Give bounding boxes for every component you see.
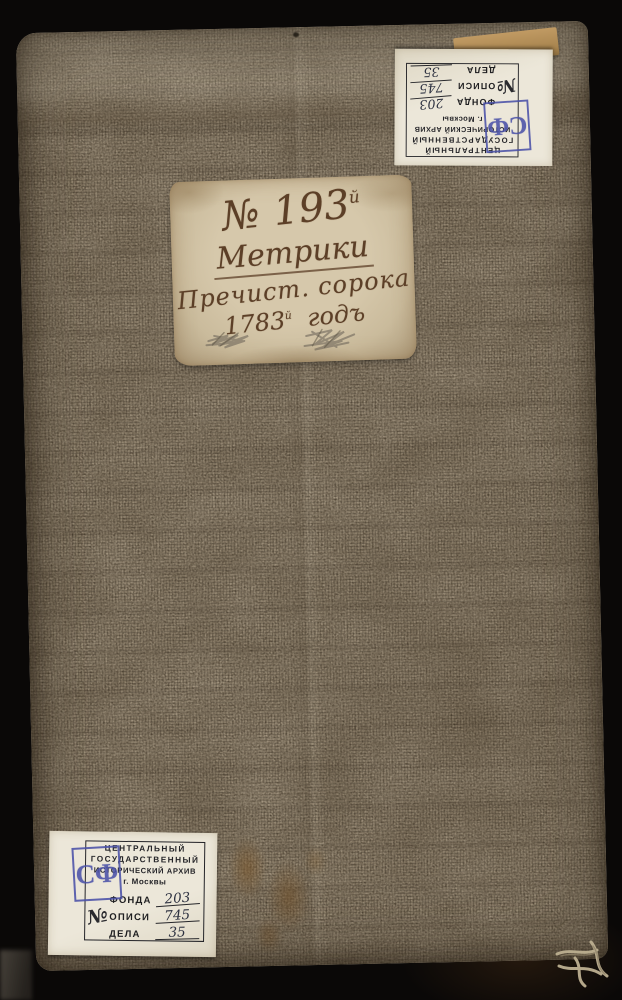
archive-label: ЦЕНТРАЛЬНЫЙ ГОСУДАРСТВЕННЫЙ ИСТОРИЧЕСКИЙ…: [394, 49, 552, 166]
opis-row: ОПИСИ 745: [410, 81, 496, 97]
delo-row: ДЕЛА 35: [410, 65, 496, 81]
archive-label: ЦЕНТРАЛЬНЫЙ ГОСУДАРСТВЕННЫЙ ИСТОРИЧЕСКИЙ…: [48, 831, 218, 957]
sf-stamp: СФ: [71, 845, 122, 902]
year-superscript: й: [284, 309, 292, 323]
opis-label: ОПИСИ: [452, 81, 495, 90]
book-cover: ЦЕНТРАЛЬНЫЙ ГОСУДАРСТВЕННЫЙ ИСТОРИЧЕСКИЙ…: [16, 21, 608, 971]
delo-row: ДЕЛА 35: [109, 922, 200, 940]
numero-sign: №: [495, 74, 518, 98]
opis-value: 745: [410, 80, 452, 94]
title-label: №193й Метрики Пречист. сорока 1783й годъ: [169, 175, 417, 367]
numero-prefix: №: [220, 191, 262, 241]
delo-value: 35: [411, 64, 453, 77]
number-superscript: й: [348, 186, 361, 207]
archive-label-bottom-left: ЦЕНТРАЛЬНЫЙ ГОСУДАРСТВЕННЫЙ ИСТОРИЧЕСКИЙ…: [48, 831, 218, 957]
archive-label-top-right: ЦЕНТРАЛЬНЫЙ ГОСУДАРСТВЕННЫЙ ИСТОРИЧЕСКИЙ…: [394, 49, 552, 166]
opis-label: ОПИСИ: [109, 912, 155, 922]
numero-sign: №: [85, 904, 110, 930]
fond-value: 203: [410, 95, 452, 110]
fond-value: 203: [155, 892, 200, 908]
opis-value: 745: [155, 909, 200, 924]
loose-threads: [545, 928, 622, 996]
delo-label: ДЕЛА: [452, 65, 495, 74]
sf-stamp: СФ: [483, 100, 531, 154]
pencil-scribbles: [194, 321, 395, 361]
opis-row: ОПИСИ 745: [109, 905, 200, 923]
delo-label: ДЕЛА: [109, 929, 155, 939]
book-number: 193: [271, 182, 352, 236]
delo-value: 35: [155, 927, 199, 940]
scanner-bed-edge: [0, 950, 32, 1000]
photo-background: { "photo": { "background_color": "#0a080…: [0, 0, 622, 1000]
archive-fields: ФОНДА 203 ОПИСИ 745 ДЕЛА 35: [109, 888, 201, 940]
brown-stain: [211, 819, 340, 962]
fond-row: ФОНДА 203: [109, 888, 200, 906]
